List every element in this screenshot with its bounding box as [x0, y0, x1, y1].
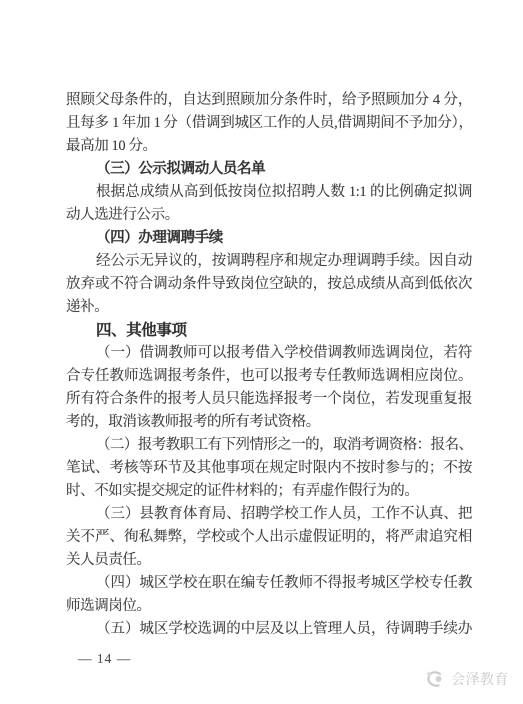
document-body: 照顾父母条件的，自达到照顾加分条件时，给予照顾加分 4 分， 且每多 1 年加 …: [66, 89, 472, 641]
text-line: 动人选进行公示。: [66, 204, 472, 227]
document-page: 照顾父母条件的，自达到照顾加分条件时，给予照顾加分 4 分， 且每多 1 年加 …: [0, 0, 523, 704]
text-line: 根据总成绩从高到低按岗位拟招聘人数 1:1 的比例确定拟调: [66, 181, 472, 204]
text-line: 笔试、考核等环节及其他事项在规定时限内不按时参与的；不按: [66, 457, 472, 480]
text-line: 关人员责任。: [66, 549, 472, 572]
text-line: 放弃或不符合调动条件导致岗位空缺的，按总成绩从高到低依次: [66, 273, 472, 296]
education-logo-icon: [425, 669, 447, 689]
text-line: 时、不如实提交规定的证件材料的；有弄虚作假行为的。: [66, 480, 472, 503]
page-number: — 14 —: [78, 651, 131, 667]
text-line: 考的，取消该教师报考的所有考试资格。: [66, 411, 472, 434]
watermark: 会泽教育: [425, 669, 509, 689]
text-line: 且每多 1 年加 1 分（借调到城区工作的人员,借调期间不予加分），: [66, 112, 472, 135]
text-line: （五）城区学校选调的中层及以上管理人员，待调聘手续办: [66, 618, 472, 641]
text-line: 最高加 10 分。: [66, 135, 472, 158]
text-line: 照顾父母条件的，自达到照顾加分条件时，给予照顾加分 4 分，: [66, 89, 472, 112]
text-line: 递补。: [66, 296, 472, 319]
text-line: 经公示无异议的，按调聘程序和规定办理调聘手续。因自动: [66, 250, 472, 273]
chapter-heading-other-matters: 四、其他事项: [66, 319, 472, 342]
text-line: （三）县教育体育局、招聘学校工作人员，工作不认真、把: [66, 503, 472, 526]
text-line: （四）城区学校在职在编专任教师不得报考城区学校专任教: [66, 572, 472, 595]
text-line: 合专任教师选调报考条件，也可以报考专任教师选调相应岗位。: [66, 365, 472, 388]
text-line: 关不严、徇私舞弊，学校或个人出示虚假证明的，将严肃追究相: [66, 526, 472, 549]
text-line: （二）报考教职工有下列情形之一的，取消考调资格：报名、: [66, 434, 472, 457]
text-line: 所有符合条件的报考人员只能选择报考一个岗位，若发现重复报: [66, 388, 472, 411]
text-line: 师选调岗位。: [66, 595, 472, 618]
watermark-label: 会泽教育: [451, 669, 509, 689]
text-line: （一）借调教师可以报考借入学校借调教师选调岗位，若符: [66, 342, 472, 365]
section-heading-publicity-list: （三）公示拟调动人员名单: [66, 158, 472, 181]
section-heading-procedures: （四）办理调聘手续: [66, 227, 472, 250]
